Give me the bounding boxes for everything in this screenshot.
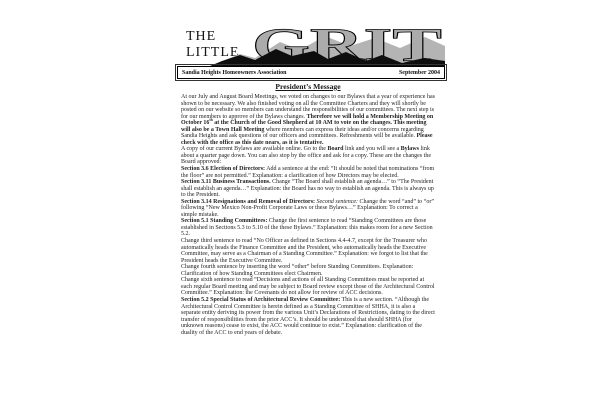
text-run: Section 3.11 Business Transactions. [181, 179, 271, 185]
text-run: A copy of our current Bylaws are availab… [181, 146, 327, 152]
paragraph: Section 3.11 Business Transactions. Chan… [181, 179, 435, 199]
text-run: Section 5.2 Special Status of Architectu… [181, 297, 340, 303]
org-name: Sandia Heights Homeowners Association [182, 70, 287, 76]
article-title: President’s Message [181, 82, 435, 91]
paragraph: Section 3.6 Election of Directors: Add a… [181, 166, 435, 179]
paragraph: Section 5.1 Standing Committees: Change … [181, 218, 435, 238]
paragraph: Change third sentence to read “No Office… [181, 238, 435, 264]
newsletter-page: THE LITTLE GRIT Sandia Heights Homeowner… [0, 0, 600, 400]
paragraph: Section 3.14 Resignations and Removal of… [181, 199, 435, 219]
text-run: Bylaws [401, 146, 419, 152]
article-body: At our July and August Board Meetings, w… [181, 94, 435, 336]
issue-date: September 2004 [399, 70, 440, 76]
paragraph: A copy of our current Bylaws are availab… [181, 146, 435, 166]
paragraph: Change sixth sentence to read “Decisions… [181, 277, 435, 297]
text-run: Change sixth sentence to read “Decisions… [181, 277, 435, 296]
paragraph: At our July and August Board Meetings, w… [181, 94, 435, 146]
paragraph: Section 5.2 Special Status of Architectu… [181, 297, 435, 336]
text-run: Section 5.1 Standing Committees: [181, 218, 267, 224]
text-run: link and you will see a [343, 146, 400, 152]
text-run: This is a new section. “Although the Arc… [181, 297, 435, 336]
grit-logo: GRIT [210, 24, 445, 66]
masthead-banner: Sandia Heights Homeowners Association Se… [177, 66, 445, 79]
paragraph: Change fourth sentence by inserting the … [181, 264, 435, 277]
text-run: Change third sentence to read “No Office… [181, 238, 428, 264]
text-run: Section 3.14 Resignations and Removal of… [181, 199, 315, 205]
text-run: Section 3.6 Election of Directors: [181, 166, 265, 172]
text-run: Second sentence: [315, 199, 358, 205]
text-run: Change fourth sentence by inserting the … [181, 264, 413, 277]
text-run: Board [327, 146, 343, 152]
